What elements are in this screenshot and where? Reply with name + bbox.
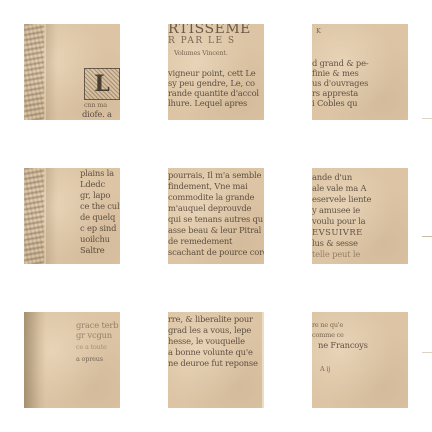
text-line: ce the cult xyxy=(80,201,120,211)
text-line: rre, & liberalite pour xyxy=(168,314,253,324)
edge-mark xyxy=(422,118,432,119)
corner-mark: K xyxy=(316,26,321,36)
text-line: lhure. Lequel apres xyxy=(168,98,247,108)
text-line: comme ce xyxy=(312,330,344,340)
text-line: de remedement xyxy=(168,236,232,246)
tile-r2-c0: grace terb gr vcgun ce a toute a opreus xyxy=(24,312,120,408)
tile-r1-c1: pourrais, Il m'a semble findement, Vne m… xyxy=(168,168,264,264)
edge-mark xyxy=(422,236,432,237)
text-line: de quelq xyxy=(80,212,115,222)
text-line: ne Francoys xyxy=(318,340,368,350)
page-gutter-shadow xyxy=(24,312,46,408)
text-line: ande d'un xyxy=(312,172,352,182)
engraving-border xyxy=(24,24,44,120)
text-line: gr vcgun xyxy=(76,330,112,340)
text-line: voulu pour la xyxy=(312,216,365,226)
text-line: re ne qu'e xyxy=(312,320,343,330)
text-line: uoilchu xyxy=(80,234,110,244)
text-line: ne deuroe fut reponse xyxy=(168,358,258,368)
text-line: i Cobles qu xyxy=(312,98,357,108)
text-line: vigneur point, cett Le xyxy=(168,68,256,78)
page-gutter-shadow xyxy=(46,168,58,264)
tile-r0-c1: RTISSEME R PAR LE S Volumes Vincent. vig… xyxy=(168,24,264,120)
tile-r1-c2: ande d'un ale vale ma A eservele liente … xyxy=(312,168,408,264)
text-line: Ldedc xyxy=(80,179,105,189)
text-line: sy peu gendre, Le, co xyxy=(168,78,255,88)
tile-r0-c0: L cnn ma diofe. a xyxy=(24,24,120,120)
page-gutter-shadow xyxy=(46,24,58,120)
text-line: ale vale ma A xyxy=(312,183,366,193)
subtitle-line: Volumes Vincent. xyxy=(174,48,228,58)
text-line: gr, lapo xyxy=(80,190,110,200)
tile-r1-c0: plains la Ldedc gr, lapo ce the cult de … xyxy=(24,168,120,264)
edge-mark xyxy=(422,352,432,353)
text-line: a bonne volunte qu'e xyxy=(168,347,253,357)
text-line: pourrais, Il m'a semble xyxy=(168,170,261,180)
text-line: commodite la grande xyxy=(168,192,254,202)
text-line: rs appresta xyxy=(312,88,358,98)
text-line: grad les a vous, lepe xyxy=(168,325,251,335)
text-line: d grand & pe- xyxy=(312,58,368,68)
heading-line: RTISSEME xyxy=(168,24,251,36)
text-line: diofe. a xyxy=(82,109,112,119)
text-line: finie & mes xyxy=(312,68,359,78)
text-line: plains la xyxy=(80,168,114,178)
text-line: telle peut le xyxy=(312,249,360,259)
signature-mark: A ij xyxy=(320,364,330,374)
page-crop-grid: L cnn ma diofe. a RTISSEME R PAR LE S Vo… xyxy=(24,24,408,408)
text-line: hesse, le vouquelle xyxy=(168,336,245,346)
text-line: y amusee ie xyxy=(312,205,360,215)
text-line: c ep sind xyxy=(80,223,116,233)
text-line: Saltre xyxy=(80,245,105,255)
text-line: m'auquel deprouvde xyxy=(168,203,251,213)
text-line: us d'ouvrages xyxy=(312,78,368,88)
page-edge xyxy=(262,312,264,408)
text-line: rande quantite d'accol xyxy=(168,88,259,98)
decorated-initial: L xyxy=(84,68,120,100)
tile-r2-c2: re ne qu'e comme ce ne Francoys A ij xyxy=(312,312,408,408)
text-line: scachant de pource cord. xyxy=(168,247,264,257)
tile-r0-c2: K d grand & pe- finie & mes us d'ouvrage… xyxy=(312,24,408,120)
text-line: EVSUIVRE xyxy=(312,227,363,237)
heading-line: R PAR LE S xyxy=(168,36,236,46)
text-line: lus & sesse xyxy=(312,238,358,248)
text-line: qui se tenans autres qu xyxy=(168,214,263,224)
text-line: asse beau & leur Pitral xyxy=(168,225,261,235)
engraving-border xyxy=(24,168,44,264)
text-line: findement, Vne mai xyxy=(168,181,248,191)
text-line: a opreus xyxy=(76,354,103,364)
text-line: eservele liente xyxy=(312,194,371,204)
tile-r2-c1: rre, & liberalite pour grad les a vous, … xyxy=(168,312,264,408)
text-line: grace terb xyxy=(76,320,118,330)
text-line: ce a toute xyxy=(76,342,107,352)
